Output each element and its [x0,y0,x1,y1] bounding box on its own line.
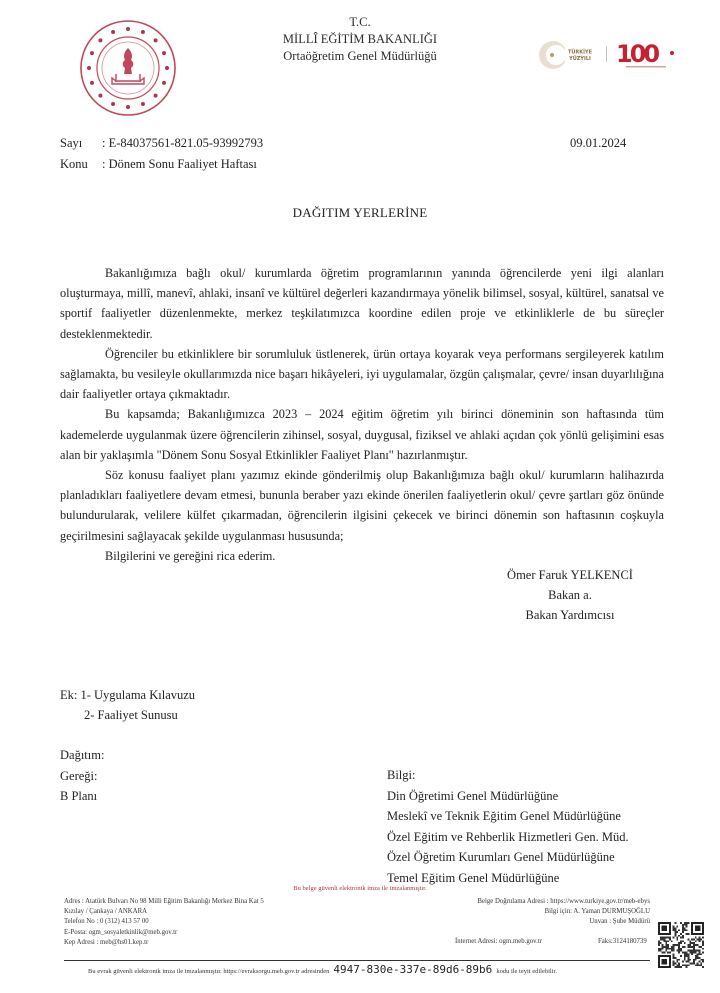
distribution-block: Dağıtım: Gereği: B Planı [60,745,104,807]
bilgi-block: Bilgi: Din Öğretimi Genel Müdürlüğüne Me… [387,765,629,888]
footer-city: Kızılay / Çankaya / ANKARA [64,907,264,917]
footer-divider [64,960,650,961]
footer-info: Belge Doğrulama Adresi : https://www.tur… [400,897,650,928]
bilgi-item: Özel Eğitim ve Rehberlik Hizmetleri Gen.… [387,827,629,848]
addressee-title: DAĞITIM YERLERİNE [0,205,720,221]
svg-text:100: 100 [616,40,659,68]
document-meta: Sayı : E-84037561-821.05-93992793 Konu :… [60,133,263,175]
document-date: 09.01.2024 [570,133,626,154]
signer-name: Ömer Faruk YELKENCİ [480,565,660,585]
letter-body: Bakanlığımıza bağlı okul/ kurumlarda öğr… [60,263,664,566]
body-paragraph: Bakanlığımıza bağlı okul/ kurumlarda öğr… [60,263,664,344]
footer-info-title: Unvan : Şube Müdürü [400,917,650,927]
header-ministry: MİLLÎ EĞİTİM BAKANLIĞI [0,31,720,48]
footer-web[interactable]: İnternet Adresi: ogm.meb.gov.tr [455,938,542,945]
attachment-item: 2- Faaliyet Sunusu [60,705,195,725]
100-years-logo-icon: 100 [614,36,684,72]
esign-notice: Bu belge güvenli elektronik imza ile imz… [0,885,720,892]
footer-phone: Telefon No : 0 (312) 413 57 00 [64,917,264,927]
bilgi-item: Meslekî ve Teknik Eğitim Genel Müdürlüğü… [387,806,629,827]
footer-contact: Adres : Atatürk Bulvarı No 98 Milli Eğit… [64,897,264,948]
verify-suffix: kodu ile teyit edilebilir. [496,968,557,975]
attachment-item: 1- Uygulama Kılavuzu [80,688,195,702]
sayi-label: Sayı [60,133,102,154]
svg-text:TÜRKİYE: TÜRKİYE [568,49,593,56]
konu-label: Konu [60,154,102,175]
verify-prefix: Bu evrak güvenli elektronik imza ile imz… [88,968,329,975]
attachments-label: Ek: [60,688,77,702]
signer-title: Bakan Yardımcısı [480,605,660,625]
gereği-label: Gereği: [60,766,104,787]
header-tc: T.C. [0,14,720,31]
footer-doc-url[interactable]: Belge Doğrulama Adresi : https://www.tur… [400,897,650,907]
body-paragraph: Bu kapsamda; Bakanlığımızca 2023 – 2024 … [60,404,664,465]
footer-verification: Bu evrak güvenli elektronik imza ile imz… [88,963,557,976]
gereği-item: B Planı [60,786,104,807]
verify-code: 4947-830e-337e-89d6-89b6 [333,963,492,976]
footer-info-contact: Bilgi için: A. Yaman DURMUŞOĞLU [400,907,650,917]
bilgi-item: Din Öğretimi Genel Müdürlüğüne [387,786,629,807]
qr-code-icon[interactable] [658,922,704,968]
signer-on-behalf: Bakan a. [480,585,660,605]
sayi-value: : E-84037561-821.05-93992793 [102,133,263,154]
signature-block: Ömer Faruk YELKENCİ Bakan a. Bakan Yardı… [480,565,660,625]
body-closing: Bilgilerini ve gereğini rica ederim. [60,546,664,566]
konu-value: : Dönem Sonu Faaliyet Haftası [102,154,257,175]
logo-divider [606,46,607,62]
footer-kep: Kep Adresi : meb@hs01.kep.tr [64,938,264,948]
body-paragraph: Öğrenciler bu etkinliklere bir sorumlulu… [60,344,664,405]
distribution-label: Dağıtım: [60,745,104,766]
attachments: Ek: 1- Uygulama Kılavuzu 2- Faaliyet Sun… [60,685,195,725]
footer-address: Adres : Atatürk Bulvarı No 98 Milli Eğit… [64,897,264,907]
svg-text:YÜZYILI: YÜZYILI [568,55,591,62]
turkiye-yuzyili-logo-icon: TÜRKİYE YÜZYILI [538,38,598,72]
bilgi-item: Özel Öğretim Kurumları Genel Müdürlüğüne [387,847,629,868]
letterhead: T.C. MİLLÎ EĞİTİM BAKANLIĞI Ortaöğretim … [0,14,720,65]
body-paragraph: Söz konusu faaliyet planı yazımız ekinde… [60,465,664,546]
header-directorate: Ortaöğretim Genel Müdürlüğü [0,48,720,65]
bilgi-label: Bilgi: [387,765,629,786]
footer-email[interactable]: E-Posta: ogm_sosyaletkinlik@meb.gov.tr [64,928,264,938]
footer-fax: Faks:3124180739 [598,938,647,945]
